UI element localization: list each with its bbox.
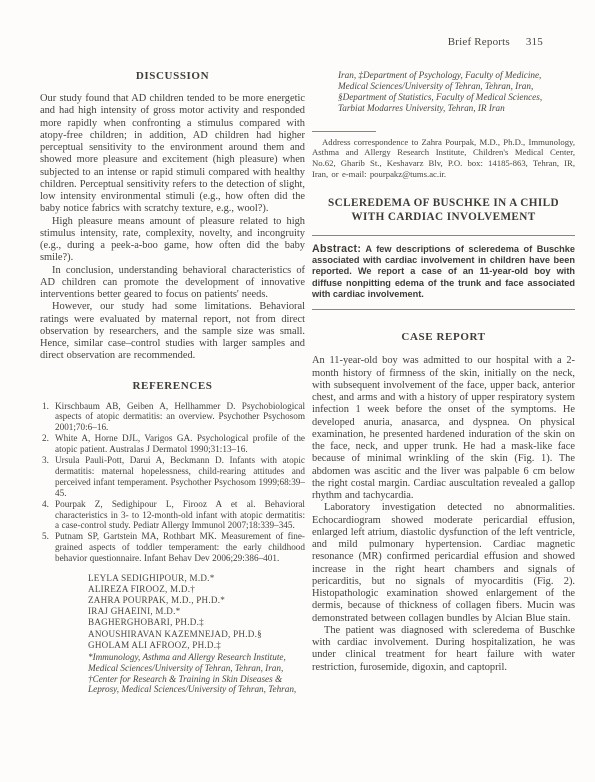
reference-item: 2. White A, Horne DJL, Varigos GA. Psych… xyxy=(40,433,305,455)
article-title-line2: WITH CARDIAC INVOLVEMENT xyxy=(351,211,535,223)
case-report-paragraph: An 11-year-old boy was admitted to our h… xyxy=(312,355,575,502)
reference-number: 3. xyxy=(42,455,49,466)
reference-text: Pourpak Z, Sedighipour L, Firooz A et al… xyxy=(55,499,305,531)
author-line: ALIREZA FIROOZ, M.D.† xyxy=(88,584,305,595)
author-line: ANOUSHIRAVAN KAZEMNEJAD, PH.D.§ xyxy=(88,629,305,640)
abstract: Abstract: A few descriptions of sclerede… xyxy=(312,244,575,300)
author-block: LEYLA SEDIGHIPOUR, M.D.* ALIREZA FIROOZ,… xyxy=(88,573,305,651)
author-line: BAGHERGHOBARI, PH.D.‡ xyxy=(88,617,305,628)
article-title-line1: SCLEREDEMA OF BUSCHKE IN A CHILD xyxy=(328,197,559,209)
author-line: GHOLAM ALI AFROOZ, PH.D.‡ xyxy=(88,640,305,651)
discussion-heading: DISCUSSION xyxy=(40,70,305,82)
reference-number: 1. xyxy=(42,401,49,412)
right-column: Iran, ‡Department of Psychology, Faculty… xyxy=(312,70,575,674)
references-heading: REFERENCES xyxy=(40,380,305,392)
reference-number: 4. xyxy=(42,499,49,510)
journal-page: Brief Reports315 DISCUSSION Our study fo… xyxy=(0,0,595,782)
abstract-rule-bottom xyxy=(312,309,575,310)
author-line: IRAJ GHAEINI, M.D.* xyxy=(88,606,305,617)
case-report-paragraph: Laboratory investigation detected no abn… xyxy=(312,502,575,625)
author-line: LEYLA SEDIGHIPOUR, M.D.* xyxy=(88,573,305,584)
running-head: Brief Reports315 xyxy=(448,36,543,48)
discussion-paragraph: High pleasure means amount of pleasure r… xyxy=(40,216,305,265)
correspondence-note: Address correspondence to Zahra Pourpak,… xyxy=(312,137,575,180)
affiliations-continued: Iran, ‡Department of Psychology, Faculty… xyxy=(338,70,570,114)
reference-number: 5. xyxy=(42,531,49,542)
reference-item: 5. Putnam SP, Gartstein MA, Rothbart MK.… xyxy=(40,531,305,564)
discussion-paragraph: However, our study had some limitations.… xyxy=(40,301,305,362)
article-title: SCLEREDEMA OF BUSCHKE IN A CHILD WITH CA… xyxy=(312,196,575,224)
reference-item: 1. Kirschbaum AB, Geiben A, Hellhammer D… xyxy=(40,401,305,434)
left-column: DISCUSSION Our study found that AD child… xyxy=(40,70,305,695)
reference-item: 3. Ursula Pauli-Pott, Darui A, Beckmann … xyxy=(40,455,305,499)
discussion-paragraph: Our study found that AD children tended … xyxy=(40,93,305,216)
discussion-paragraph: In conclusion, understanding behavioral … xyxy=(40,265,305,302)
abstract-rule-top xyxy=(312,235,575,236)
reference-text: Ursula Pauli-Pott, Darui A, Beckmann D. … xyxy=(55,455,305,498)
reference-text: Kirschbaum AB, Geiben A, Hellhammer D. P… xyxy=(55,401,305,433)
case-report-heading: CASE REPORT xyxy=(312,331,575,343)
reference-number: 2. xyxy=(42,433,49,444)
case-report-paragraph: The patient was diagnosed with scleredem… xyxy=(312,625,575,674)
reference-text: Putnam SP, Gartstein MA, Rothbart MK. Me… xyxy=(55,531,305,563)
reference-item: 4. Pourpak Z, Sedighipour L, Firooz A et… xyxy=(40,499,305,532)
reference-text: White A, Horne DJL, Varigos GA. Psycholo… xyxy=(55,433,305,454)
author-line: ZAHRA POURPAK, M.D., PH.D.* xyxy=(88,595,305,606)
running-head-section: Brief Reports xyxy=(448,36,510,48)
footnote-separator xyxy=(312,131,376,132)
abstract-label: Abstract: xyxy=(312,243,361,255)
page-number: 315 xyxy=(526,36,543,48)
affiliations-left: *Immunology, Asthma and Allergy Research… xyxy=(88,652,302,696)
